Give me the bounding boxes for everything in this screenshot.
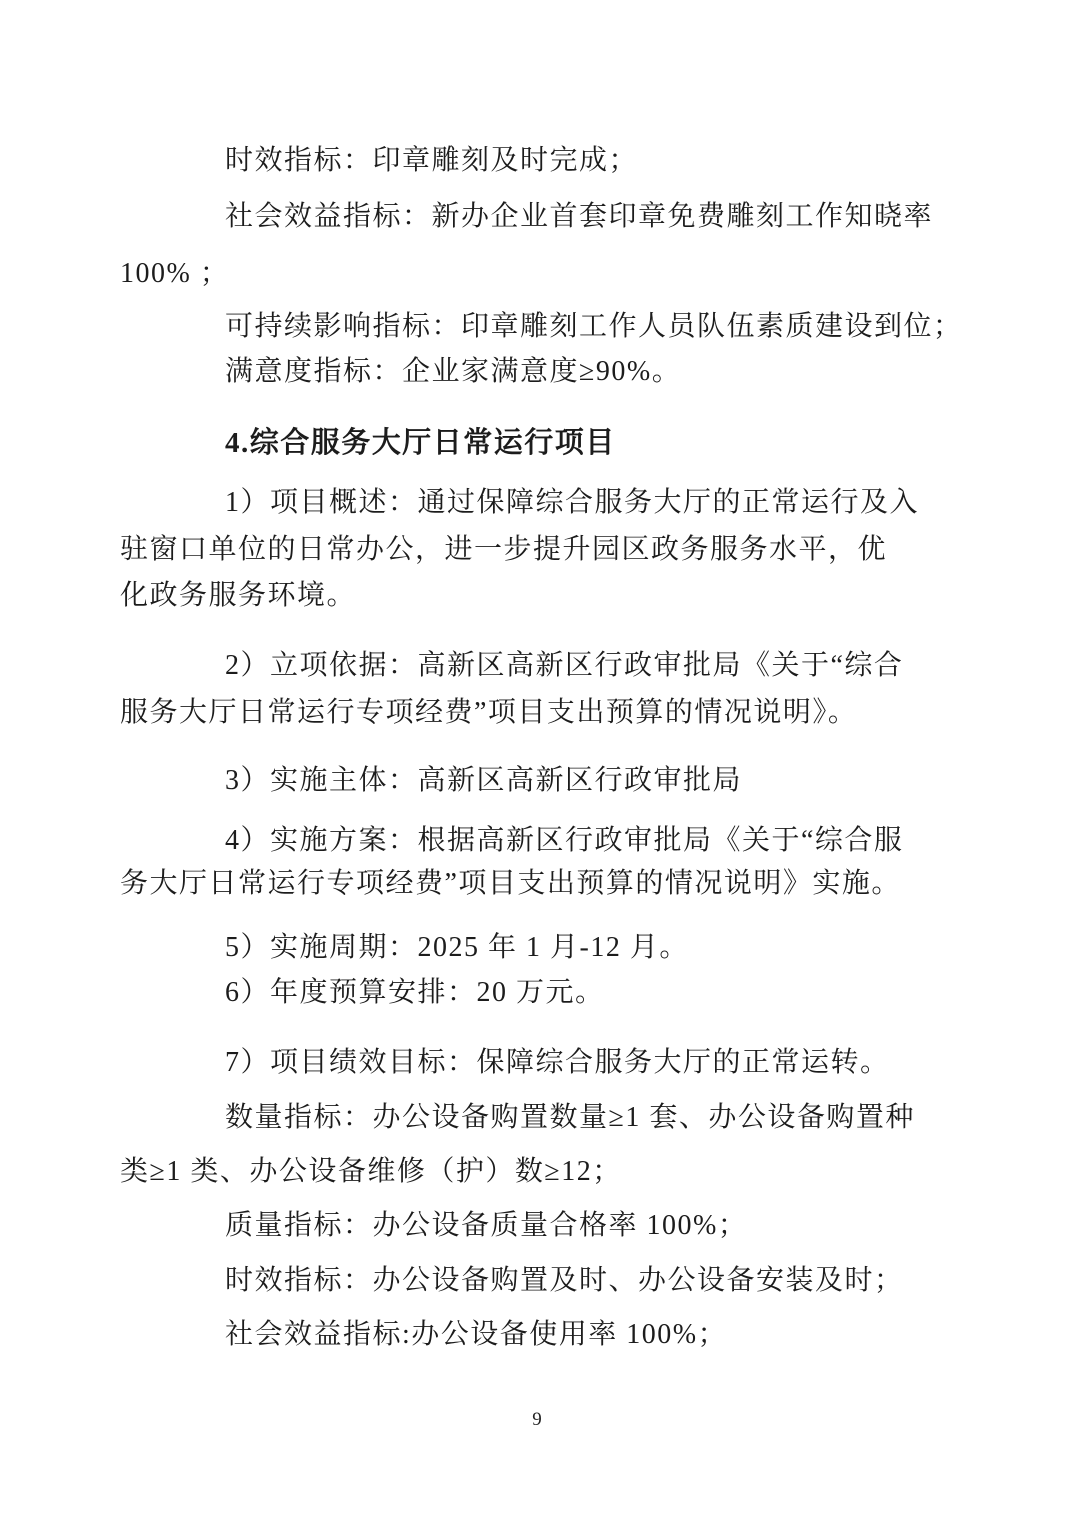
document-page: 时效指标：印章雕刻及时完成；社会效益指标：新办企业首套印章免费雕刻工作知晓率10…: [0, 0, 1074, 1520]
text-line: 5）实施周期：2025 年 1 月-12 月。: [225, 931, 689, 965]
text-line: 满意度指标：企业家满意度≥90%。: [225, 355, 681, 389]
text-line: 化政务服务环境。: [120, 579, 356, 613]
text-line: 服务大厅日常运行专项经费”项目支出预算的情况说明》。: [120, 696, 857, 730]
text-line: 驻窗口单位的日常办公，进一步提升园区政务服务水平，优: [120, 533, 887, 567]
text-line: 质量指标：办公设备质量合格率 100%；: [225, 1209, 747, 1243]
text-line: 时效指标：印章雕刻及时完成；: [225, 144, 638, 178]
section-heading: 4.综合服务大厅日常运行项目: [225, 426, 616, 460]
text-line: 7）项目绩效目标：保障综合服务大厅的正常运转。: [225, 1046, 890, 1080]
text-line: 社会效益指标：新办企业首套印章免费雕刻工作知晓率: [225, 200, 933, 234]
text-line: 2）立项依据：高新区高新区行政审批局《关于“综合: [225, 649, 903, 683]
text-line: 1）项目概述：通过保障综合服务大厅的正常运行及入: [225, 486, 919, 520]
page-number: 9: [0, 1408, 1074, 1432]
text-line: 4）实施方案：根据高新区行政审批局《关于“综合服: [225, 824, 903, 858]
text-line: 社会效益指标:办公设备使用率 100%；: [225, 1318, 727, 1352]
text-line: 6）年度预算安排：20 万元。: [225, 976, 605, 1010]
text-line: 务大厅日常运行专项经费”项目支出预算的情况说明》实施。: [120, 867, 901, 901]
text-line: 数量指标：办公设备购置数量≥1 套、办公设备购置种: [225, 1101, 915, 1135]
text-line: 可持续影响指标：印章雕刻工作人员队伍素质建设到位；: [225, 310, 963, 344]
text-line: 100% ；: [120, 257, 229, 291]
text-line: 3）实施主体：高新区高新区行政审批局: [225, 764, 742, 798]
text-line: 类≥1 类、办公设备维修（护）数≥12；: [120, 1155, 622, 1189]
text-line: 时效指标：办公设备购置及时、办公设备安装及时；: [225, 1264, 904, 1298]
text-layer: 时效指标：印章雕刻及时完成；社会效益指标：新办企业首套印章免费雕刻工作知晓率10…: [0, 0, 1074, 1520]
